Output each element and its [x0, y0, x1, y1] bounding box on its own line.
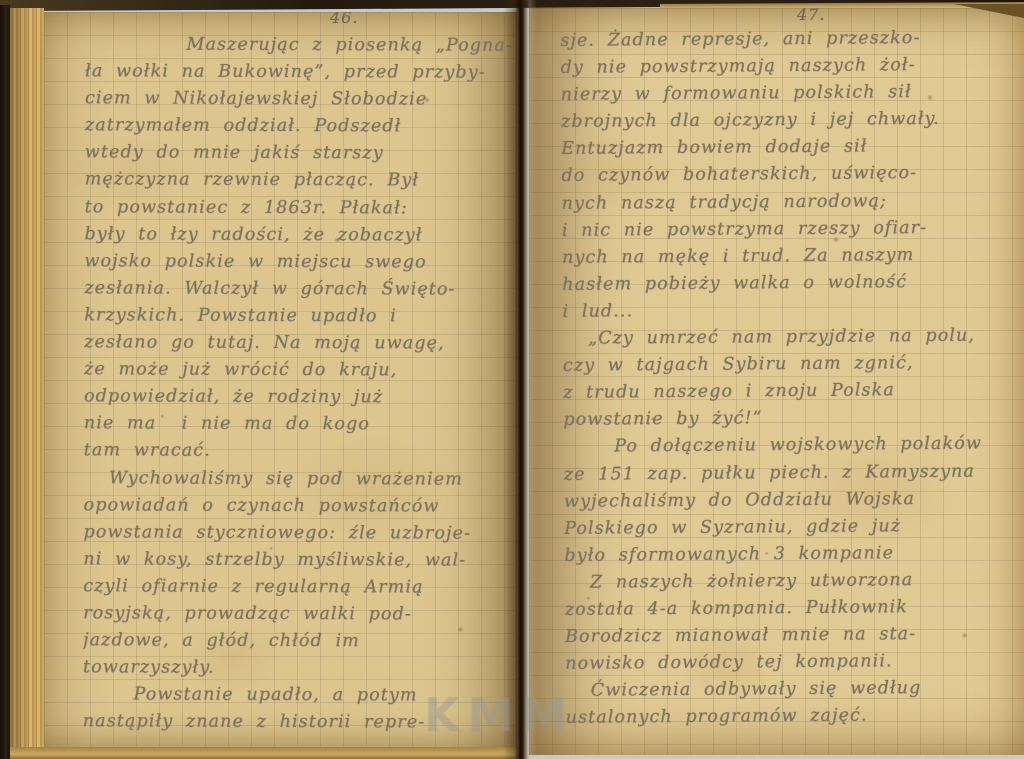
handwritten-line: Z naszych żołnierzy utworzona	[564, 566, 1024, 597]
handwritten-line: wtedy do mnie jakiś starszy	[85, 140, 517, 169]
handwritten-line: towarzyszyły.	[83, 654, 517, 683]
handwritten-line: hasłem pobieży walka o wolność	[562, 268, 1024, 299]
handwritten-line: powstania styczniowego: źle uzbroje-	[83, 519, 517, 548]
handwritten-line: nych naszą tradycją narodową;	[562, 187, 1024, 218]
handwritten-line: wojsko polskie w miejscu swego	[84, 248, 517, 277]
handwritten-line: mężczyzna rzewnie płacząc. Był	[85, 167, 517, 196]
handwritten-line: tam wracać.	[84, 438, 517, 467]
handwritten-line: opowiadań o czynach powstańców	[84, 492, 517, 521]
handwritten-line: ła wołki na Bukowinę”, przed przyby-	[85, 58, 517, 87]
notebook-scan: 46. Maszerując z piosenką „Pogna-ła wołk…	[0, 0, 1024, 759]
book-cover-left-edge	[0, 5, 10, 759]
handwritten-line: zatrzymałem oddział. Podszedł	[85, 113, 517, 142]
left-page: 46. Maszerując z piosenką „Pogna-ła wołk…	[44, 12, 517, 747]
handwritten-line: i nic nie powstrzyma rzeszy ofiar-	[562, 214, 1024, 245]
handwritten-line: czyli ofiarnie z regularną Armią	[83, 573, 517, 602]
handwritten-line: jazdowe, a głód, chłód im	[83, 627, 517, 656]
handwritten-line: Borodzicz mianował mnie na sta-	[565, 620, 1024, 651]
handwritten-line: „Czy umrzeć nam przyjdzie na polu,	[563, 322, 1024, 353]
handwritten-line: Entuzjazm bowiem dodaje sił	[561, 133, 1024, 164]
handwritten-line: to powstaniec z 1863r. Płakał:	[85, 194, 517, 223]
handwritten-line: zesłania. Walczył w górach Święto-	[84, 275, 517, 304]
handwritten-line: były to łzy radości, że zobaczył	[84, 221, 517, 250]
handwritten-line: do czynów bohaterskich, uświęco-	[561, 160, 1024, 191]
left-page-handwriting: Maszerując z piosenką „Pogna-ła wołki na…	[83, 31, 517, 737]
handwritten-line: wyjechaliśmy do Oddziału Wojska	[564, 485, 1024, 516]
archive-watermark: KMM	[424, 688, 575, 742]
handwritten-line: Po dołączeniu wojskowych polaków	[563, 431, 1024, 462]
handwritten-line: ni w kosy, strzelby myśliwskie, wal-	[83, 546, 517, 575]
handwritten-line: nowisko dowódcy tej kompanii.	[565, 647, 1024, 678]
handwritten-line: sje. Żadne represje, ani przeszko-	[560, 24, 1024, 55]
handwritten-line: ze 151 zap. pułku piech. z Kamyszyna	[564, 458, 1024, 489]
handwritten-line: że może już wrócić do kraju,	[84, 356, 517, 385]
right-page-handwriting: sje. Żadne represje, ani przeszko-dy nie…	[560, 24, 1024, 732]
handwritten-line: powstanie by żyć!”	[563, 403, 1024, 434]
handwritten-line: odpowiedział, że rodziny już	[84, 383, 517, 412]
left-page-number: 46.	[330, 12, 358, 27]
handwritten-line: czy w tajgach Sybiru nam zgnić,	[563, 349, 1024, 380]
handwritten-line: nie ma i nie ma do kogo	[84, 411, 517, 440]
handwritten-line: nych na mękę i trud. Za naszym	[562, 241, 1024, 272]
handwritten-line: Ćwiczenia odbywały się według	[565, 674, 1024, 705]
handwritten-line: krzyskich. Powstanie upadło i	[84, 302, 517, 331]
handwritten-line: było sformowanych 3 kompanie	[564, 539, 1024, 570]
handwritten-line: z trudu naszego i znoju Polska	[563, 376, 1024, 407]
right-page: 47. sje. Żadne represje, ani przeszko-dy…	[529, 8, 1024, 755]
handwritten-line: Maszerując z piosenką „Pogna-	[85, 31, 517, 60]
handwritten-line: i lud...	[562, 295, 1024, 326]
stacked-page-edges	[10, 8, 44, 756]
handwritten-line: Wychowaliśmy się pod wrażeniem	[84, 465, 517, 494]
right-page-number: 47.	[797, 8, 825, 24]
handwritten-line: dy nie powstrzymają naszych żoł-	[560, 51, 1024, 82]
handwritten-line: Polskiego w Syzraniu, gdzie już	[564, 512, 1024, 543]
handwritten-line: została 4-a kompania. Pułkownik	[565, 593, 1024, 624]
left-page-bottom-paper-edge	[10, 747, 518, 759]
book-gutter-fold	[503, 0, 537, 759]
handwritten-line: zbrojnych dla ojczyzny i jej chwały.	[561, 105, 1024, 136]
cover-corner-top-right	[954, 4, 1024, 18]
handwritten-line: ciem w Nikołajewskiej Słobodzie	[85, 85, 517, 114]
handwritten-line: ustalonych programów zajęć.	[566, 702, 1024, 733]
handwritten-line: zesłano go tutaj. Na moją uwagę,	[84, 329, 517, 358]
handwritten-line: rosyjską, prowadząc walki pod-	[83, 600, 517, 629]
handwritten-line: nierzy w formowaniu polskich sił	[561, 78, 1024, 109]
